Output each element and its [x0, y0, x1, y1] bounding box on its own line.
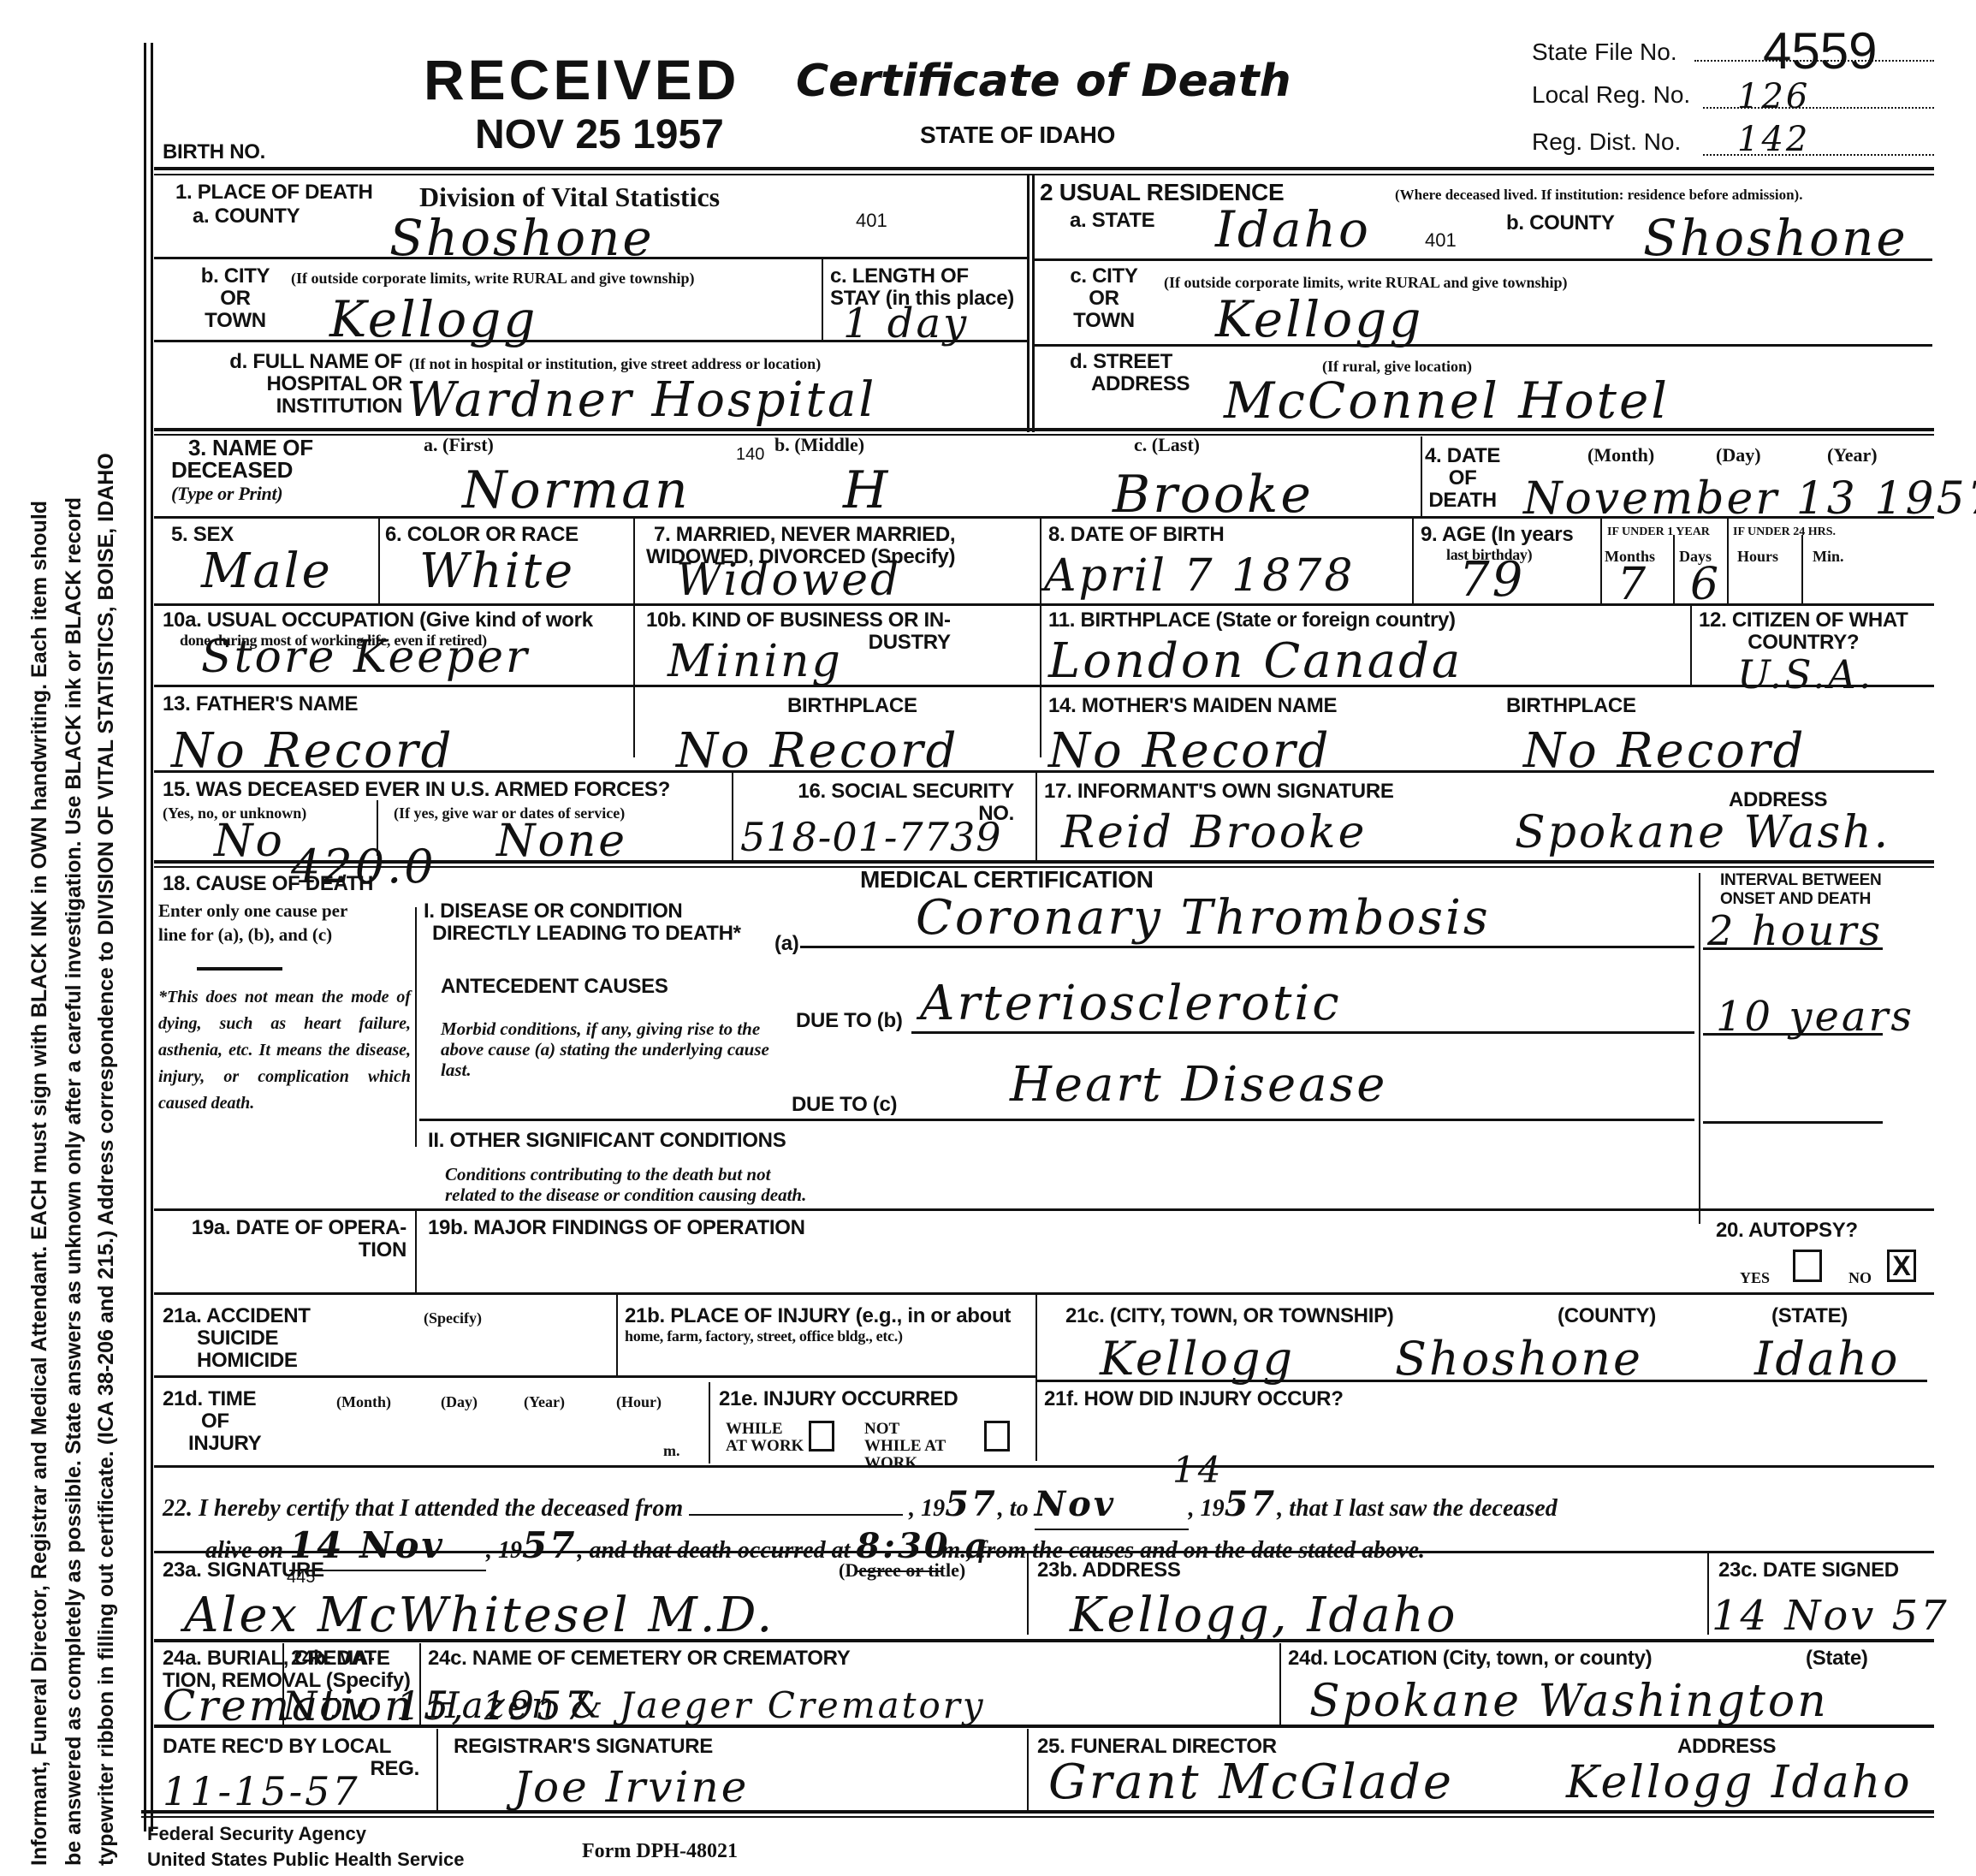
side-instructions-line3: typewriter ribbon in filling out certifi…	[92, 453, 120, 1866]
res-street-label: d. STREETADDRESS	[1070, 351, 1190, 395]
side-instructions-line1: Informant, Funeral Director, Registrar a…	[26, 501, 53, 1866]
other-conditions-label: II. OTHER SIGNIFICANT CONDITIONS	[428, 1130, 786, 1152]
mother-value: No Record	[1048, 727, 1332, 775]
informant-address: Spokane Wash.	[1515, 809, 1890, 857]
injury-month-label: (Month)	[336, 1393, 391, 1410]
cause-note: *This does not mean the mode of dying, s…	[158, 984, 411, 1117]
accident-specify: (Specify)	[424, 1309, 482, 1327]
injury-city-label: 21c. (CITY, TOWN, OR TOWNSHIP)	[1065, 1305, 1394, 1327]
cause-c-value: Heart Disease	[1010, 1061, 1387, 1109]
state-file-no-dots	[1694, 60, 1934, 62]
injury-m-label: m.	[663, 1442, 680, 1459]
operation-findings-label: 19b. MAJOR FINDINGS OF OPERATION	[428, 1217, 805, 1239]
agency-label-1: Federal Security Agency	[147, 1823, 366, 1845]
due-to-b-label: DUE TO (b)	[796, 1010, 903, 1032]
res-street-value: McConnel Hotel	[1224, 377, 1670, 424]
informant-signature: Reid Brooke	[1061, 809, 1367, 857]
medical-certification-title: MEDICAL CERTIFICATION	[860, 869, 1154, 891]
sex-value: Male	[201, 548, 333, 596]
local-reg-no-dots	[1703, 107, 1934, 109]
dod-month-label: (Month)	[1587, 447, 1654, 464]
antecedent-hint: Morbid conditions, if any, giving rise t…	[441, 1018, 783, 1080]
physician-signature: Alex McWhitesel M.D.	[184, 1592, 774, 1640]
first-name-value: Norman	[462, 466, 691, 514]
res-city-value: Kellogg	[1215, 295, 1423, 343]
ssn-value: 518-01-7739	[740, 813, 1002, 861]
funeral-director-signature: Grant McGlade	[1048, 1759, 1454, 1807]
mother-label: 14. MOTHER'S MAIDEN NAME	[1048, 695, 1337, 717]
interval-label: INTERVAL BETWEENONSET AND DEATH	[1720, 871, 1881, 909]
last-name-value: Brooke	[1113, 471, 1314, 519]
injury-place-label: 21b. PLACE OF INJURY (e.g., in or abouth…	[625, 1305, 1011, 1345]
date-of-death-label: 4. DATEOFDEATH	[1425, 445, 1500, 512]
local-reg-no-value: 126	[1737, 73, 1810, 121]
hours-label: Hours	[1737, 548, 1778, 565]
place-of-death-label: 1. PLACE OF DEATH	[175, 181, 372, 204]
how-injury-label: 21f. HOW DID INJURY OCCUR?	[1044, 1388, 1344, 1410]
middle-name-value: H	[843, 466, 890, 514]
injury-day-label: (Day)	[441, 1393, 478, 1410]
cause-hint: Enter only one cause perline for (a), (b…	[158, 899, 347, 947]
armed-service-value: None	[496, 817, 627, 865]
degree-label: (Degree or title)	[839, 1562, 965, 1579]
under-24-hrs-label: IF UNDER 24 HRS.	[1733, 524, 1836, 541]
local-reg-no-label: Local Reg. No.	[1532, 81, 1690, 109]
physician-address-label: 23b. ADDRESS	[1037, 1559, 1181, 1582]
deceased-name-label: 3. NAME OFDECEASED (Type or Print)	[171, 436, 313, 507]
age-days-value: 6	[1690, 561, 1721, 609]
received-stamp: RECEIVED	[424, 47, 739, 112]
res-state-code: 401	[1425, 229, 1457, 252]
other-conditions-hint: Conditions contributing to the death but…	[445, 1164, 806, 1205]
state-label: STATE OF IDAHO	[920, 124, 1115, 146]
certificate-title: Certificate of Death	[796, 56, 1291, 107]
age-years-value: 79	[1459, 556, 1525, 604]
left-border-inner	[151, 43, 153, 1831]
injury-county-value: Shoshone	[1395, 1335, 1643, 1383]
hospital-value: Wardner Hospital	[406, 377, 876, 424]
under-1-year-label: IF UNDER 1 YEAR	[1607, 524, 1710, 541]
citizen-label: 12. CITIZEN OF WHATCOUNTRY?	[1699, 609, 1908, 654]
operation-date-label: 19a. DATE OF OPERA-TION	[163, 1217, 406, 1262]
cemetery-value: Hazen & Jaeger Crematory	[428, 1682, 986, 1730]
citizen-value: U.S.A.	[1737, 650, 1874, 698]
agency-label-2: United States Public Health Service	[147, 1849, 464, 1871]
middle-name-code: 140	[736, 445, 764, 465]
business-value: Mining	[668, 638, 843, 686]
res-state-label: a. STATE	[1070, 210, 1154, 232]
dob-value: April 7 1878	[1044, 552, 1355, 600]
injury-hour-label: (Hour)	[616, 1393, 662, 1410]
side-instructions-line2: be answered as completely as possible. S…	[60, 497, 87, 1866]
registrar-label: REGISTRAR'S SIGNATURE	[454, 1736, 713, 1758]
father-birthplace-value: No Record	[676, 727, 959, 775]
informant-label: 17. INFORMANT'S OWN SIGNATURE	[1044, 781, 1394, 803]
min-label: Min.	[1813, 548, 1844, 565]
cemetery-label: 24c. NAME OF CEMETERY OR CREMATORY	[428, 1647, 850, 1670]
cause-of-death-label: 18. CAUSE OF DEATH	[163, 873, 373, 895]
marital-value: Widowed	[676, 556, 901, 604]
race-value: White	[419, 548, 575, 596]
date-signed-label: 23c. DATE SIGNED	[1718, 1559, 1899, 1582]
armed-forces-label: 15. WAS DECEASED EVER IN U.S. ARMED FORC…	[163, 779, 670, 801]
autopsy-label: 20. AUTOPSY?	[1716, 1220, 1858, 1242]
funeral-address-label: ADDRESS	[1677, 1736, 1776, 1758]
reg-dist-no-label: Reg. Dist. No.	[1532, 128, 1681, 156]
birthplace-label: 11. BIRTHPLACE (State or foreign country…	[1048, 609, 1456, 632]
a-label: (a)	[774, 933, 798, 955]
antecedent-label: ANTECEDENT CAUSES	[441, 976, 668, 998]
birth-no-label: BIRTH NO.	[163, 141, 265, 163]
reg-dist-no-value: 142	[1737, 116, 1810, 163]
injury-city-value: Kellogg	[1100, 1335, 1295, 1383]
hospital-label: d. FULL NAME OFHOSPITAL ORINSTITUTION	[188, 351, 402, 418]
res-county-label: b. COUNTY	[1506, 212, 1615, 234]
registrar-signature: Joe Irvine	[513, 1763, 749, 1811]
autopsy-yes-label: YES	[1740, 1269, 1770, 1286]
dod-day-label: (Day)	[1716, 447, 1761, 464]
autopsy-no-label: NO	[1848, 1269, 1872, 1286]
attended-from-value: 14	[1172, 1446, 1223, 1494]
middle-name-label: b. (Middle)	[774, 436, 864, 454]
physician-address-value: Kellogg, Idaho	[1070, 1592, 1457, 1640]
occupation-value: Store Keeper	[201, 633, 530, 681]
location-label: 24d. LOCATION (City, town, or county)	[1288, 1647, 1652, 1670]
reg-dist-no-dots	[1703, 154, 1934, 156]
date-recd-value: 11-15-57	[163, 1767, 360, 1815]
injury-year-label: (Year)	[524, 1393, 565, 1410]
injury-occurred-label: 21e. INJURY OCCURRED	[719, 1388, 958, 1410]
county-label: a. COUNTY	[193, 205, 300, 228]
dob-label: 8. DATE OF BIRTH	[1048, 524, 1224, 546]
res-city-hint: (If outside corporate limits, write RURA…	[1164, 274, 1567, 291]
death-county-value: Shoshone	[389, 214, 655, 262]
signature-code: 445	[287, 1568, 315, 1588]
injury-time-label: 21d. TIMEOFINJURY	[163, 1388, 261, 1455]
location-state-label: (State)	[1806, 1647, 1868, 1670]
state-file-no-value: 4559	[1763, 21, 1877, 80]
age-months-value: 7	[1617, 561, 1648, 609]
disposition-date-label: 24b. DATE	[291, 1647, 390, 1670]
funeral-address-value: Kellogg Idaho	[1566, 1759, 1913, 1807]
res-state-value: Idaho	[1215, 205, 1371, 253]
res-city-label: c. CITYORTOWN	[1065, 265, 1142, 332]
father-label: 13. FATHER'S NAME	[163, 693, 358, 715]
death-city-hint: (If outside corporate limits, write RURA…	[291, 270, 796, 287]
mother-birthplace-label: BIRTHPLACE	[1506, 695, 1636, 717]
autopsy-no-checkbox[interactable]: X	[1887, 1250, 1916, 1282]
cert-line-2: alive on 14 Nov, 1957, and that death oc…	[205, 1522, 1425, 1572]
usual-residence-hint: (Where deceased lived. If institution: r…	[1395, 187, 1943, 204]
not-while-at-work-label: NOT WHILE AT WORK	[864, 1421, 958, 1472]
death-city-label: b. CITYORTOWN	[197, 265, 274, 332]
not-while-at-work-checkbox[interactable]	[984, 1421, 1010, 1452]
death-county-code: 401	[856, 210, 887, 232]
last-name-label: c. (Last)	[1134, 436, 1200, 454]
location-value: Spokane Washington	[1309, 1677, 1829, 1725]
death-city-value: Kellogg	[329, 295, 537, 343]
hospital-hint: (If not in hospital or institution, give…	[409, 355, 821, 372]
armed-value: No	[214, 817, 285, 865]
first-name-label: a. (First)	[424, 436, 494, 454]
form-number: Form DPH-48021	[582, 1840, 738, 1863]
state-file-no-label: State File No.	[1532, 39, 1677, 66]
birthplace-value: London Canada	[1048, 638, 1463, 686]
res-county-value: Shoshone	[1643, 214, 1908, 262]
dod-year-label: (Year)	[1827, 447, 1878, 464]
accident-label: 21a. ACCIDENTSUICIDEHOMICIDE	[163, 1305, 311, 1372]
while-at-work-label: WHILE AT WORK	[726, 1421, 804, 1455]
due-to-c-label: DUE TO (c)	[792, 1094, 897, 1116]
while-at-work-checkbox[interactable]	[809, 1421, 834, 1452]
autopsy-yes-checkbox[interactable]	[1793, 1250, 1822, 1282]
father-birthplace-label: BIRTHPLACE	[787, 695, 917, 717]
disease-label: I. DISEASE OR CONDITIONDIRECTLY LEADING …	[424, 900, 741, 945]
left-border	[144, 43, 146, 1831]
injury-state-label: (STATE)	[1771, 1305, 1848, 1327]
injury-state-value: Idaho	[1754, 1335, 1900, 1383]
received-date-stamp: NOV 25 1957	[475, 111, 724, 158]
date-signed-value: 14 Nov 57	[1712, 1592, 1949, 1640]
father-value: No Record	[171, 727, 454, 775]
cause-a-value: Coronary Thrombosis	[916, 894, 1491, 942]
injury-county-label: (COUNTY)	[1558, 1305, 1656, 1327]
cause-b-value: Arteriosclerotic	[920, 980, 1342, 1028]
mother-birthplace-value: No Record	[1523, 727, 1807, 775]
